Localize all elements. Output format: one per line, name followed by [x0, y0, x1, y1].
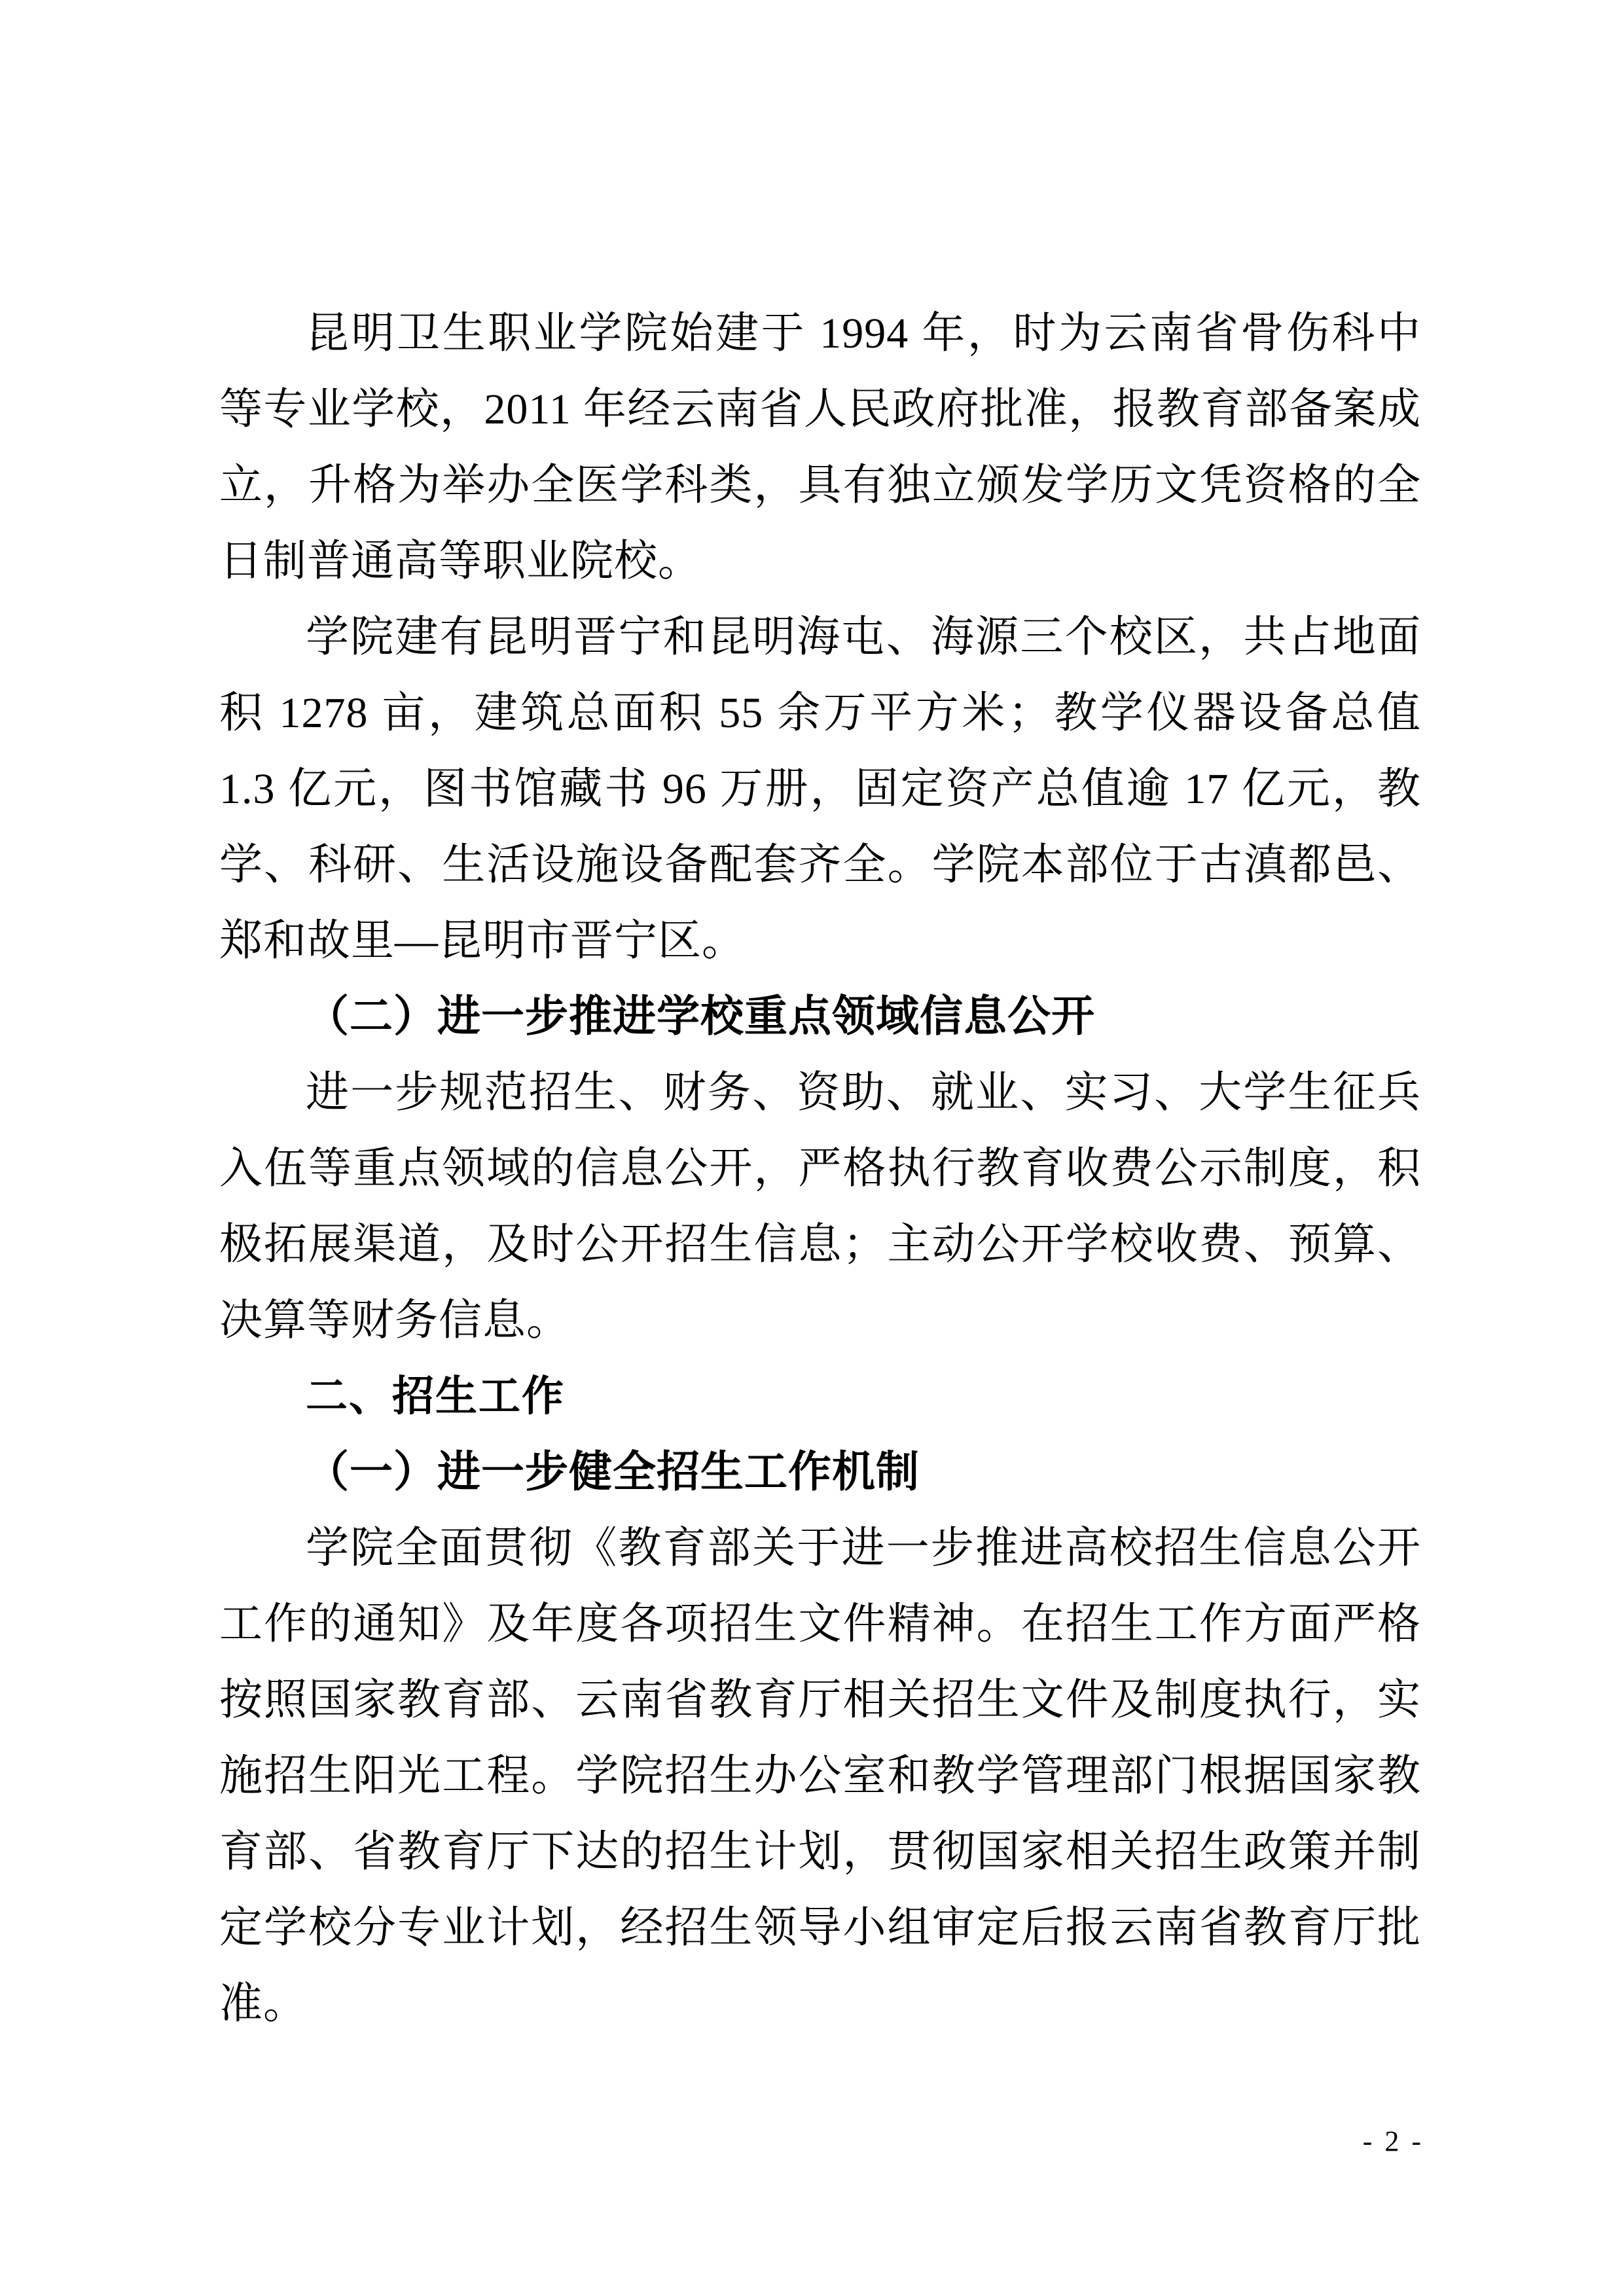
paragraph-campus-overview: 学院建有昆明晋宁和昆明海屯、海源三个校区，共占地面积 1278 亩，建筑总面积 … — [219, 600, 1421, 979]
heading-section-2-key-areas-disclosure: （二）进一步推进学校重点领域信息公开 — [219, 979, 1421, 1055]
heading-section-1-enrollment-mechanism: （一）进一步健全招生工作机制 — [219, 1435, 1421, 1511]
document-page: 昆明卫生职业学院始建于 1994 年，时为云南省骨伤科中等专业学校，2011 年… — [0, 0, 1624, 2296]
heading-chapter-2-enrollment-work: 二、招生工作 — [219, 1359, 1421, 1435]
paragraph-disclosure-measures: 进一步规范招生、财务、资助、就业、实习、大学生征兵入伍等重点领域的信息公开，严格… — [219, 1055, 1421, 1359]
page-number: - 2 - — [1363, 2127, 1424, 2156]
document-body: 昆明卫生职业学院始建于 1994 年，时为云南省骨伤科中等专业学校，2011 年… — [219, 296, 1421, 2042]
paragraph-enrollment-policy: 学院全面贯彻《教育部关于进一步推进高校招生信息公开工作的通知》及年度各项招生文件… — [219, 1511, 1421, 2042]
paragraph-school-founding: 昆明卫生职业学院始建于 1994 年，时为云南省骨伤科中等专业学校，2011 年… — [219, 296, 1421, 600]
